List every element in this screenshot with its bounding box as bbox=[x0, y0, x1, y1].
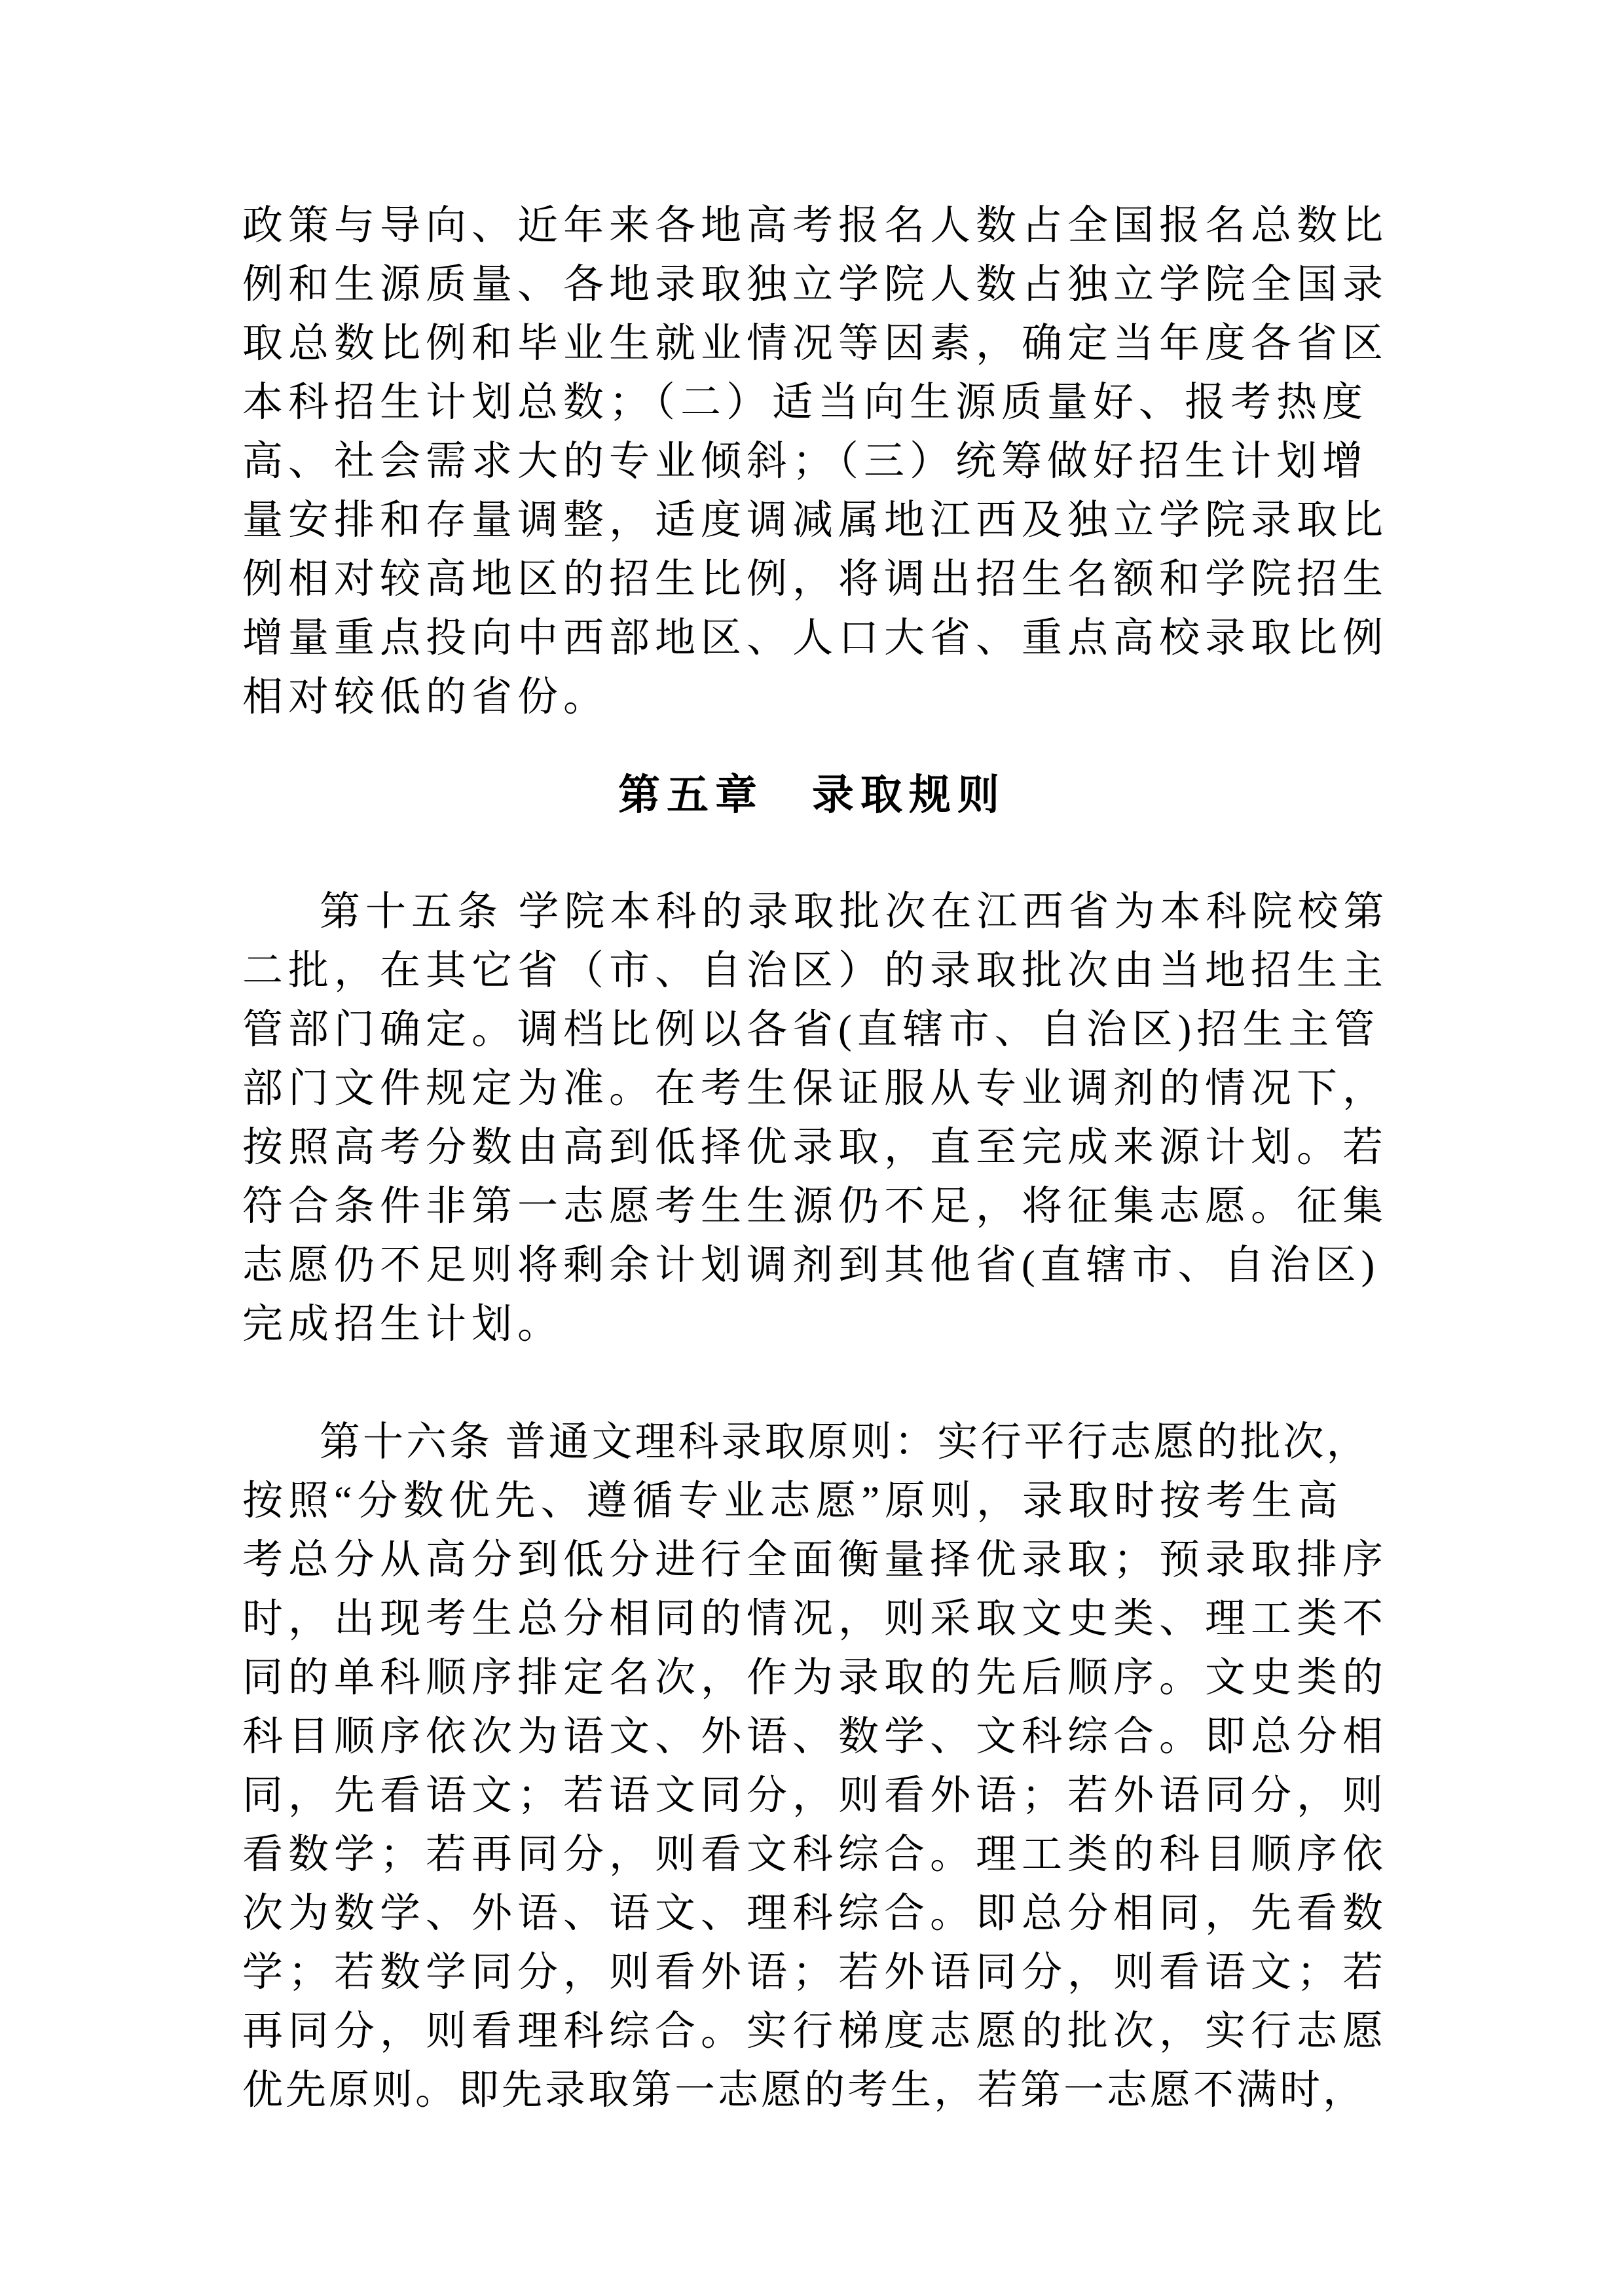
text-line: 量安排和存量调整，适度调减属地江西及独立学院录取比 bbox=[242, 491, 1382, 550]
text-block: 政策与导向、近年来各地高考报名人数占全国报名总数比 例和生源质量、各地录取独立学… bbox=[0, 0, 1624, 2120]
text-line: 次为数学、外语、语文、理科综合。即总分相同，先看数 bbox=[242, 1884, 1382, 1943]
text-line: 时，出现考生总分相同的情况，则采取文史类、理工类不 bbox=[242, 1590, 1382, 1649]
text-line: 高、社会需求大的专业倾斜；（三）统筹做好招生计划增 bbox=[242, 432, 1382, 491]
text-line: 第十六条 普通文理科录取原则：实行平行志愿的批次， bbox=[242, 1413, 1382, 1472]
text-line: 政策与导向、近年来各地高考报名人数占全国报名总数比 bbox=[242, 196, 1382, 255]
text-line: 按照“分数优先、遵循专业志愿”原则，录取时按考生高 bbox=[242, 1472, 1382, 1531]
text-line: 例相对较高地区的招生比例，将调出招生名额和学院招生 bbox=[242, 550, 1382, 609]
text-line: 看数学；若再同分，则看文科综合。理工类的科目顺序依 bbox=[242, 1825, 1382, 1884]
text-line: 按照高考分数由高到低择优录取，直至完成来源计划。若 bbox=[242, 1118, 1382, 1177]
text-line: 本科招生计划总数；（二）适当向生源质量好、报考热度 bbox=[242, 373, 1382, 432]
text-line: 二批，在其它省（市、自治区）的录取批次由当地招生主 bbox=[242, 941, 1382, 1000]
text-line: 考总分从高分到低分进行全面衡量择优录取；预录取排序 bbox=[242, 1531, 1382, 1590]
opening-paragraph: 政策与导向、近年来各地高考报名人数占全国报名总数比 例和生源质量、各地录取独立学… bbox=[242, 196, 1382, 727]
text-line: 同的单科顺序排定名次，作为录取的先后顺序。文史类的 bbox=[242, 1649, 1382, 1707]
text-line: 第十五条 学院本科的录取批次在江西省为本科院校第 bbox=[242, 883, 1382, 941]
article-15-paragraph: 第十五条 学院本科的录取批次在江西省为本科院校第 二批，在其它省（市、自治区）的… bbox=[242, 883, 1382, 1354]
text-line: 科目顺序依次为语文、外语、数学、文科综合。即总分相 bbox=[242, 1707, 1382, 1766]
text-line: 取总数比例和毕业生就业情况等因素，确定当年度各省区 bbox=[242, 314, 1382, 373]
document-page: 政策与导向、近年来各地高考报名人数占全国报名总数比 例和生源质量、各地录取独立学… bbox=[0, 0, 1624, 2296]
text-line: 相对较低的省份。 bbox=[242, 668, 1382, 727]
text-line: 符合条件非第一志愿考生生源仍不足，将征集志愿。征集 bbox=[242, 1177, 1382, 1236]
text-line: 管部门确定。调档比例以各省(直辖市、自治区)招生主管 bbox=[242, 1000, 1382, 1059]
text-line: 例和生源质量、各地录取独立学院人数占独立学院全国录 bbox=[242, 255, 1382, 314]
text-line: 再同分，则看理科综合。实行梯度志愿的批次，实行志愿 bbox=[242, 2002, 1382, 2061]
text-line: 增量重点投向中西部地区、人口大省、重点高校录取比例 bbox=[242, 609, 1382, 668]
text-line: 完成招生计划。 bbox=[242, 1295, 1382, 1354]
text-line: 部门文件规定为准。在考生保证服从专业调剂的情况下， bbox=[242, 1059, 1382, 1118]
chapter-5-heading: 第五章 录取规则 bbox=[242, 766, 1382, 825]
text-line: 志愿仍不足则将剩余计划调剂到其他省(直辖市、自治区) bbox=[242, 1236, 1382, 1295]
article-16-paragraph: 第十六条 普通文理科录取原则：实行平行志愿的批次， 按照“分数优先、遵循专业志愿… bbox=[242, 1413, 1382, 2120]
text-line: 同，先看语文；若语文同分，则看外语；若外语同分，则 bbox=[242, 1766, 1382, 1825]
text-line: 学；若数学同分，则看外语；若外语同分，则看语文；若 bbox=[242, 1943, 1382, 2002]
text-line: 优先原则。即先录取第一志愿的考生，若第一志愿不满时， bbox=[242, 2061, 1382, 2120]
